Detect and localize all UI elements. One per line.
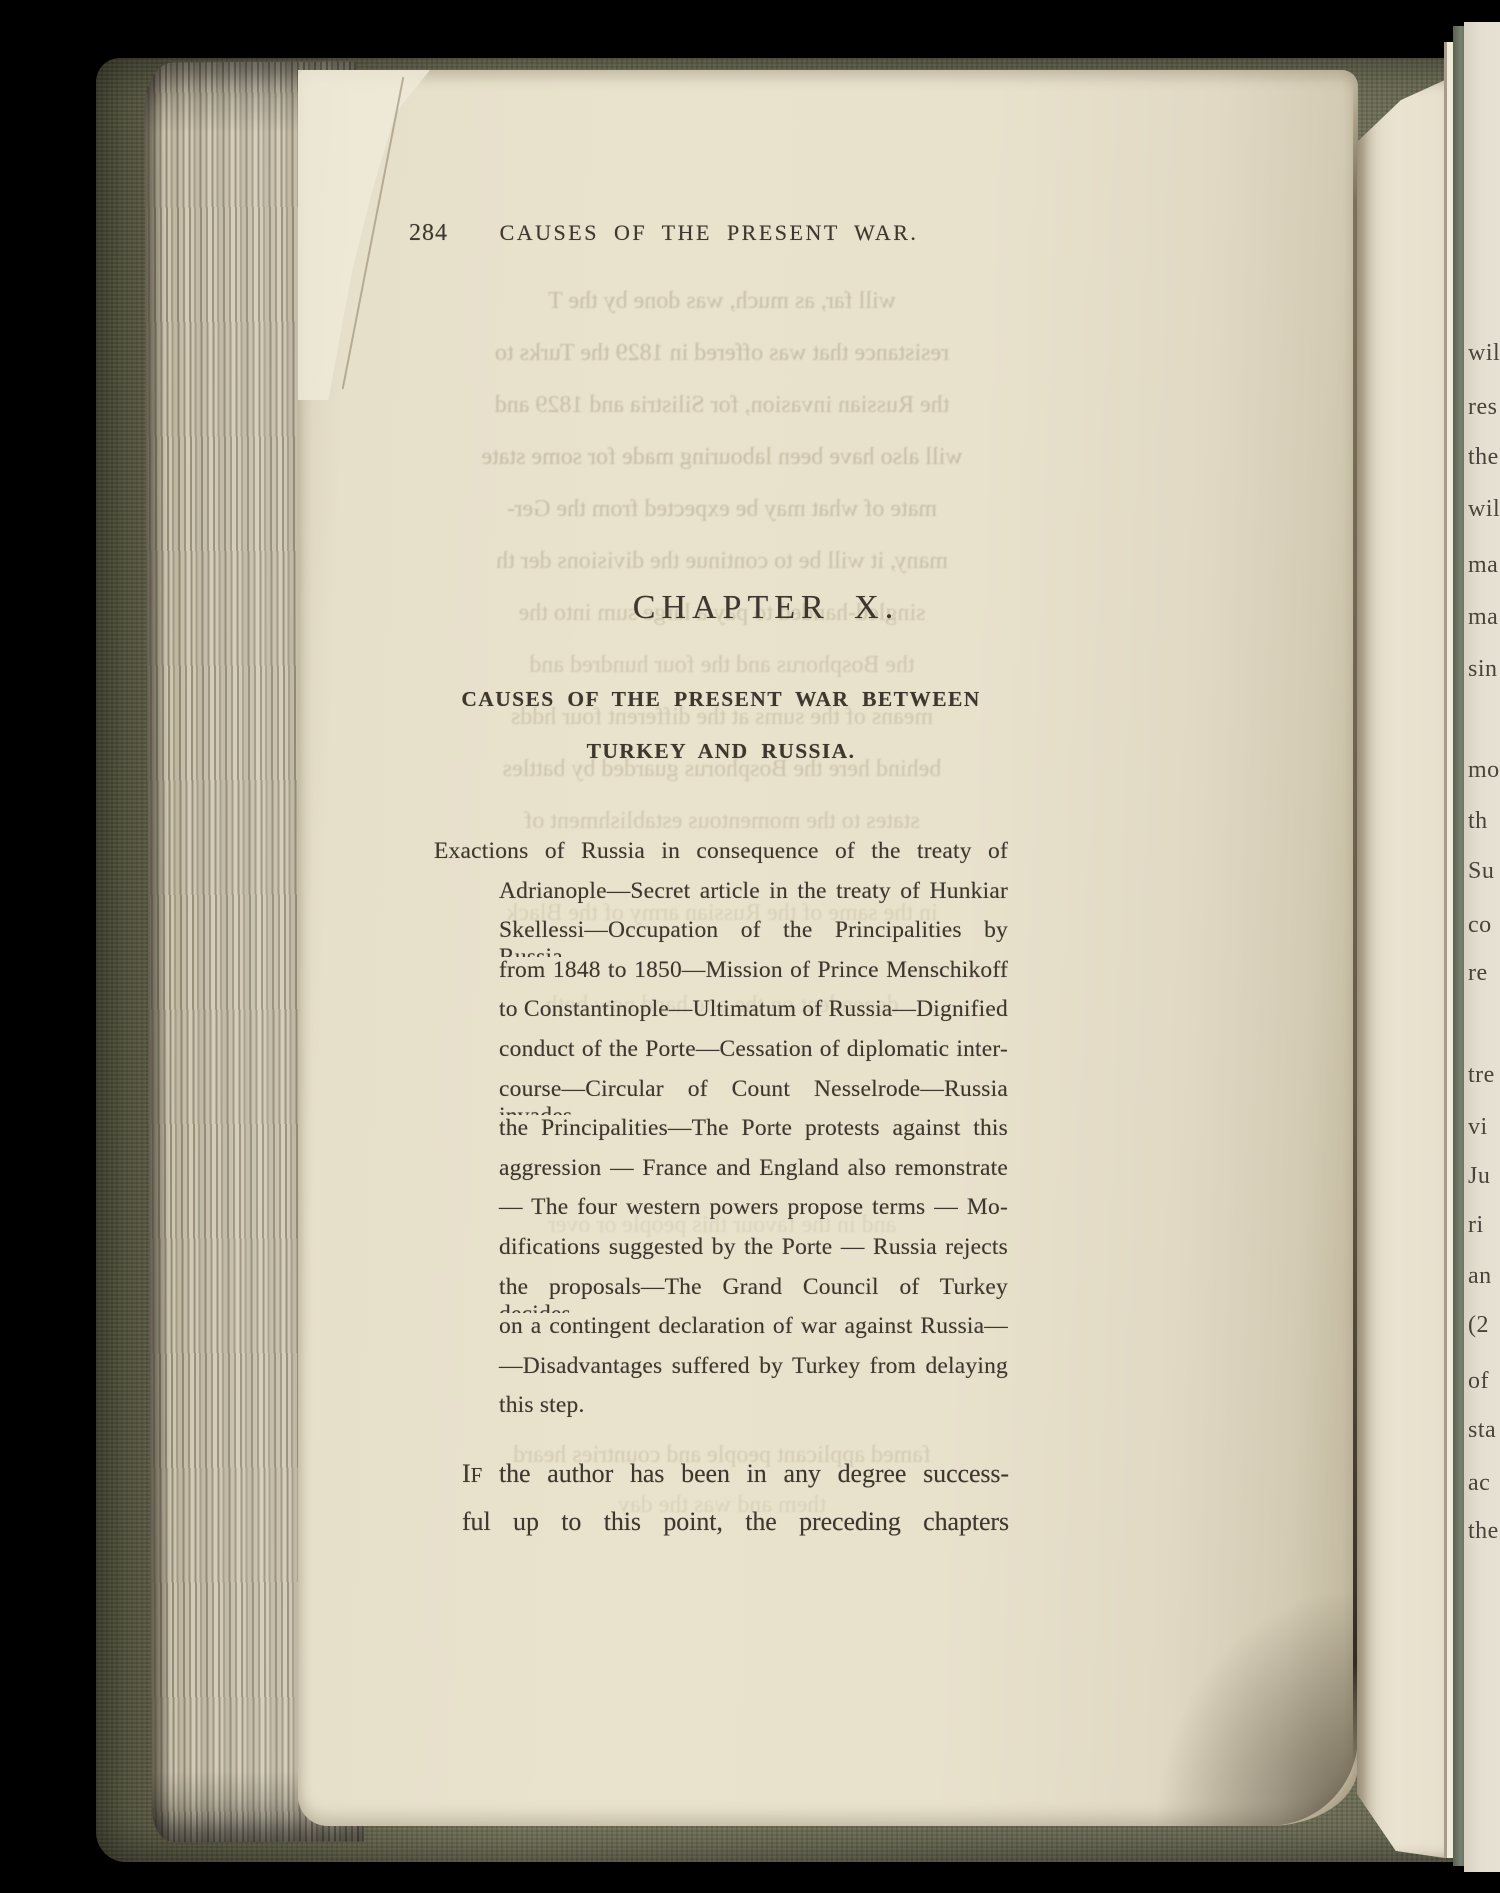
facing-page-text-fragment: th [1468, 808, 1488, 835]
facing-page-text-fragment: wil [1468, 340, 1500, 367]
summary-line: difications suggested by the Porte — Rus… [434, 1234, 1008, 1274]
facing-page-text-fragment: tre [1468, 1062, 1495, 1089]
chapter-title: CHAPTER X. [479, 589, 1053, 627]
chapter-subtitle-line2: TURKEY AND RUSSIA. [421, 739, 1021, 764]
summary-line: Adrianople—Secret article in the treaty … [434, 878, 1008, 918]
opening-lead-small-cap: F [471, 1463, 483, 1487]
facing-page-text-strip: wilresthewilmamasinmothSucoretreviJurian… [1464, 22, 1500, 1872]
facing-page-text-fragment: ma [1468, 604, 1498, 631]
facing-page-text-fragment: mo [1468, 757, 1500, 784]
summary-line: the proposals—The Grand Council of Turke… [434, 1274, 1008, 1314]
summary-line: Skellessi—Occupation of the Principaliti… [434, 917, 1008, 957]
summary-line: from 1848 to 1850—Mission of Prince Mens… [434, 957, 1008, 997]
facing-page-text-fragment: the [1468, 444, 1499, 471]
facing-page-text-fragment: sin [1468, 656, 1498, 683]
summary-line: Exactions of Russia in consequence of th… [434, 838, 1008, 878]
facing-page-text-fragment: re [1468, 960, 1488, 987]
facing-page-text-fragment: an [1468, 1263, 1492, 1290]
facing-page-text-fragment: wil [1468, 496, 1500, 523]
summary-line: this step. [434, 1392, 1008, 1432]
facing-page-text-fragment: ri [1468, 1212, 1484, 1239]
opening-lead-capital: I [462, 1459, 471, 1488]
facing-page-edge [1444, 42, 1453, 1858]
chapter-summary: Exactions of Russia in consequence of th… [434, 838, 1008, 1432]
facing-page-sliver [1357, 80, 1445, 1858]
facing-page-text-fragment: res [1468, 394, 1497, 421]
summary-line: aggression — France and England also rem… [434, 1155, 1008, 1195]
summary-line: to Constantinople—Ultimatum of Russia—Di… [434, 996, 1008, 1036]
facing-page-text-fragment: ma [1468, 552, 1498, 579]
facing-page-text-fragment: of [1468, 1368, 1489, 1395]
facing-page-text-fragment: Su [1468, 858, 1494, 885]
book-scan-photo: will far, as much, was done by the Tresi… [0, 0, 1500, 1893]
facing-page-text-fragment: ac [1468, 1470, 1490, 1497]
summary-line: on a contingent declaration of war again… [434, 1313, 1008, 1353]
facing-page-text-fragment: Ju [1468, 1163, 1490, 1190]
summary-line: course—Circular of Count Nesselrode—Russ… [434, 1076, 1008, 1116]
opening-line: IF the author has been in any degree suc… [462, 1459, 1009, 1507]
chapter-subtitle-line1: CAUSES OF THE PRESENT WAR BETWEEN [421, 687, 1021, 712]
facing-page-text-fragment: (2 [1468, 1312, 1489, 1339]
facing-page-text-fragment: co [1468, 912, 1492, 939]
facing-page-text-fragment: vi [1468, 1114, 1488, 1141]
facing-page-text-fragment: sta [1468, 1417, 1496, 1444]
opening-line: ful up to this point, the preceding chap… [462, 1507, 1009, 1555]
running-title: CAUSES OF THE PRESENT WAR. [409, 220, 1009, 246]
opening-line1-text: the author has been in any degree succes… [482, 1459, 1009, 1488]
facing-page-text-fragment: the [1468, 1518, 1499, 1545]
summary-line: —Disadvantages suffered by Turkey from d… [434, 1353, 1008, 1393]
facing-board-band [1453, 26, 1464, 1866]
running-head: 284 CAUSES OF THE PRESENT WAR. [409, 220, 1009, 252]
opening-paragraph: IF the author has been in any degree suc… [462, 1459, 1009, 1555]
summary-line: the Principalities—The Porte protests ag… [434, 1115, 1008, 1155]
summary-line: conduct of the Porte—Cessation of diplom… [434, 1036, 1008, 1076]
summary-line: — The four western powers propose terms … [434, 1194, 1008, 1234]
